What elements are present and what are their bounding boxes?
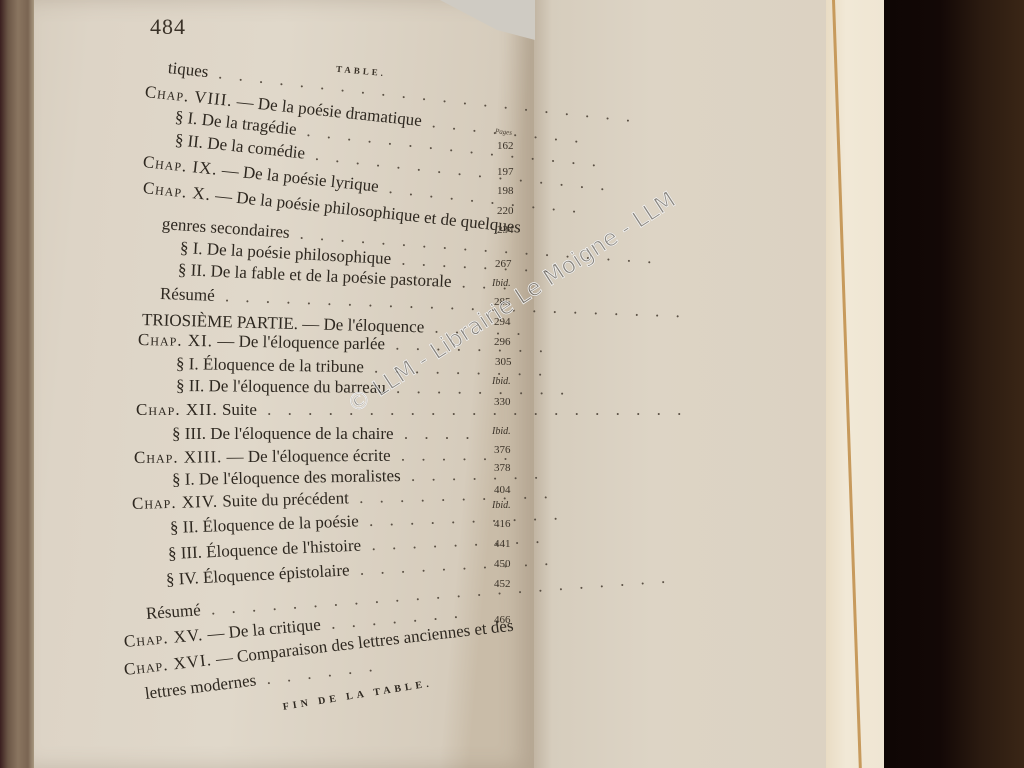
toc-entry: § III. De l'éloquence de la chaire . . .…	[172, 424, 476, 444]
toc-page-number: 376	[494, 444, 511, 456]
toc-page-number: Ibid.	[492, 500, 511, 511]
toc-page-number: Ibid.	[492, 278, 511, 289]
toc-page-number: 305	[495, 356, 512, 368]
toc-entry: Chap. XII. Suite . . . . . . . . . . . .…	[136, 400, 687, 420]
toc-page-number: 441	[494, 538, 511, 550]
toc-page-number: Ibid.	[492, 426, 511, 437]
toc-page-number: 378	[494, 462, 511, 474]
toc-page-number: 234	[497, 224, 514, 236]
toc-page-number: 330	[494, 396, 511, 408]
toc-page-number: 450	[494, 558, 511, 570]
toc-page-number: 466	[494, 614, 511, 626]
toc-page-number: 296	[494, 336, 511, 348]
toc-page-number: 267	[495, 258, 512, 270]
page-number: 484	[150, 14, 186, 40]
toc-page-number: 452	[494, 578, 511, 590]
toc-page-number: 416	[494, 518, 511, 530]
book-binding	[0, 0, 36, 768]
toc-page-number: Ibid.	[492, 376, 511, 387]
toc-page-number: 404	[494, 484, 511, 496]
background-cloth	[880, 0, 1024, 768]
photo-scene: 484 TABLE. Pages tiques . . . . . . . . …	[0, 0, 1024, 768]
